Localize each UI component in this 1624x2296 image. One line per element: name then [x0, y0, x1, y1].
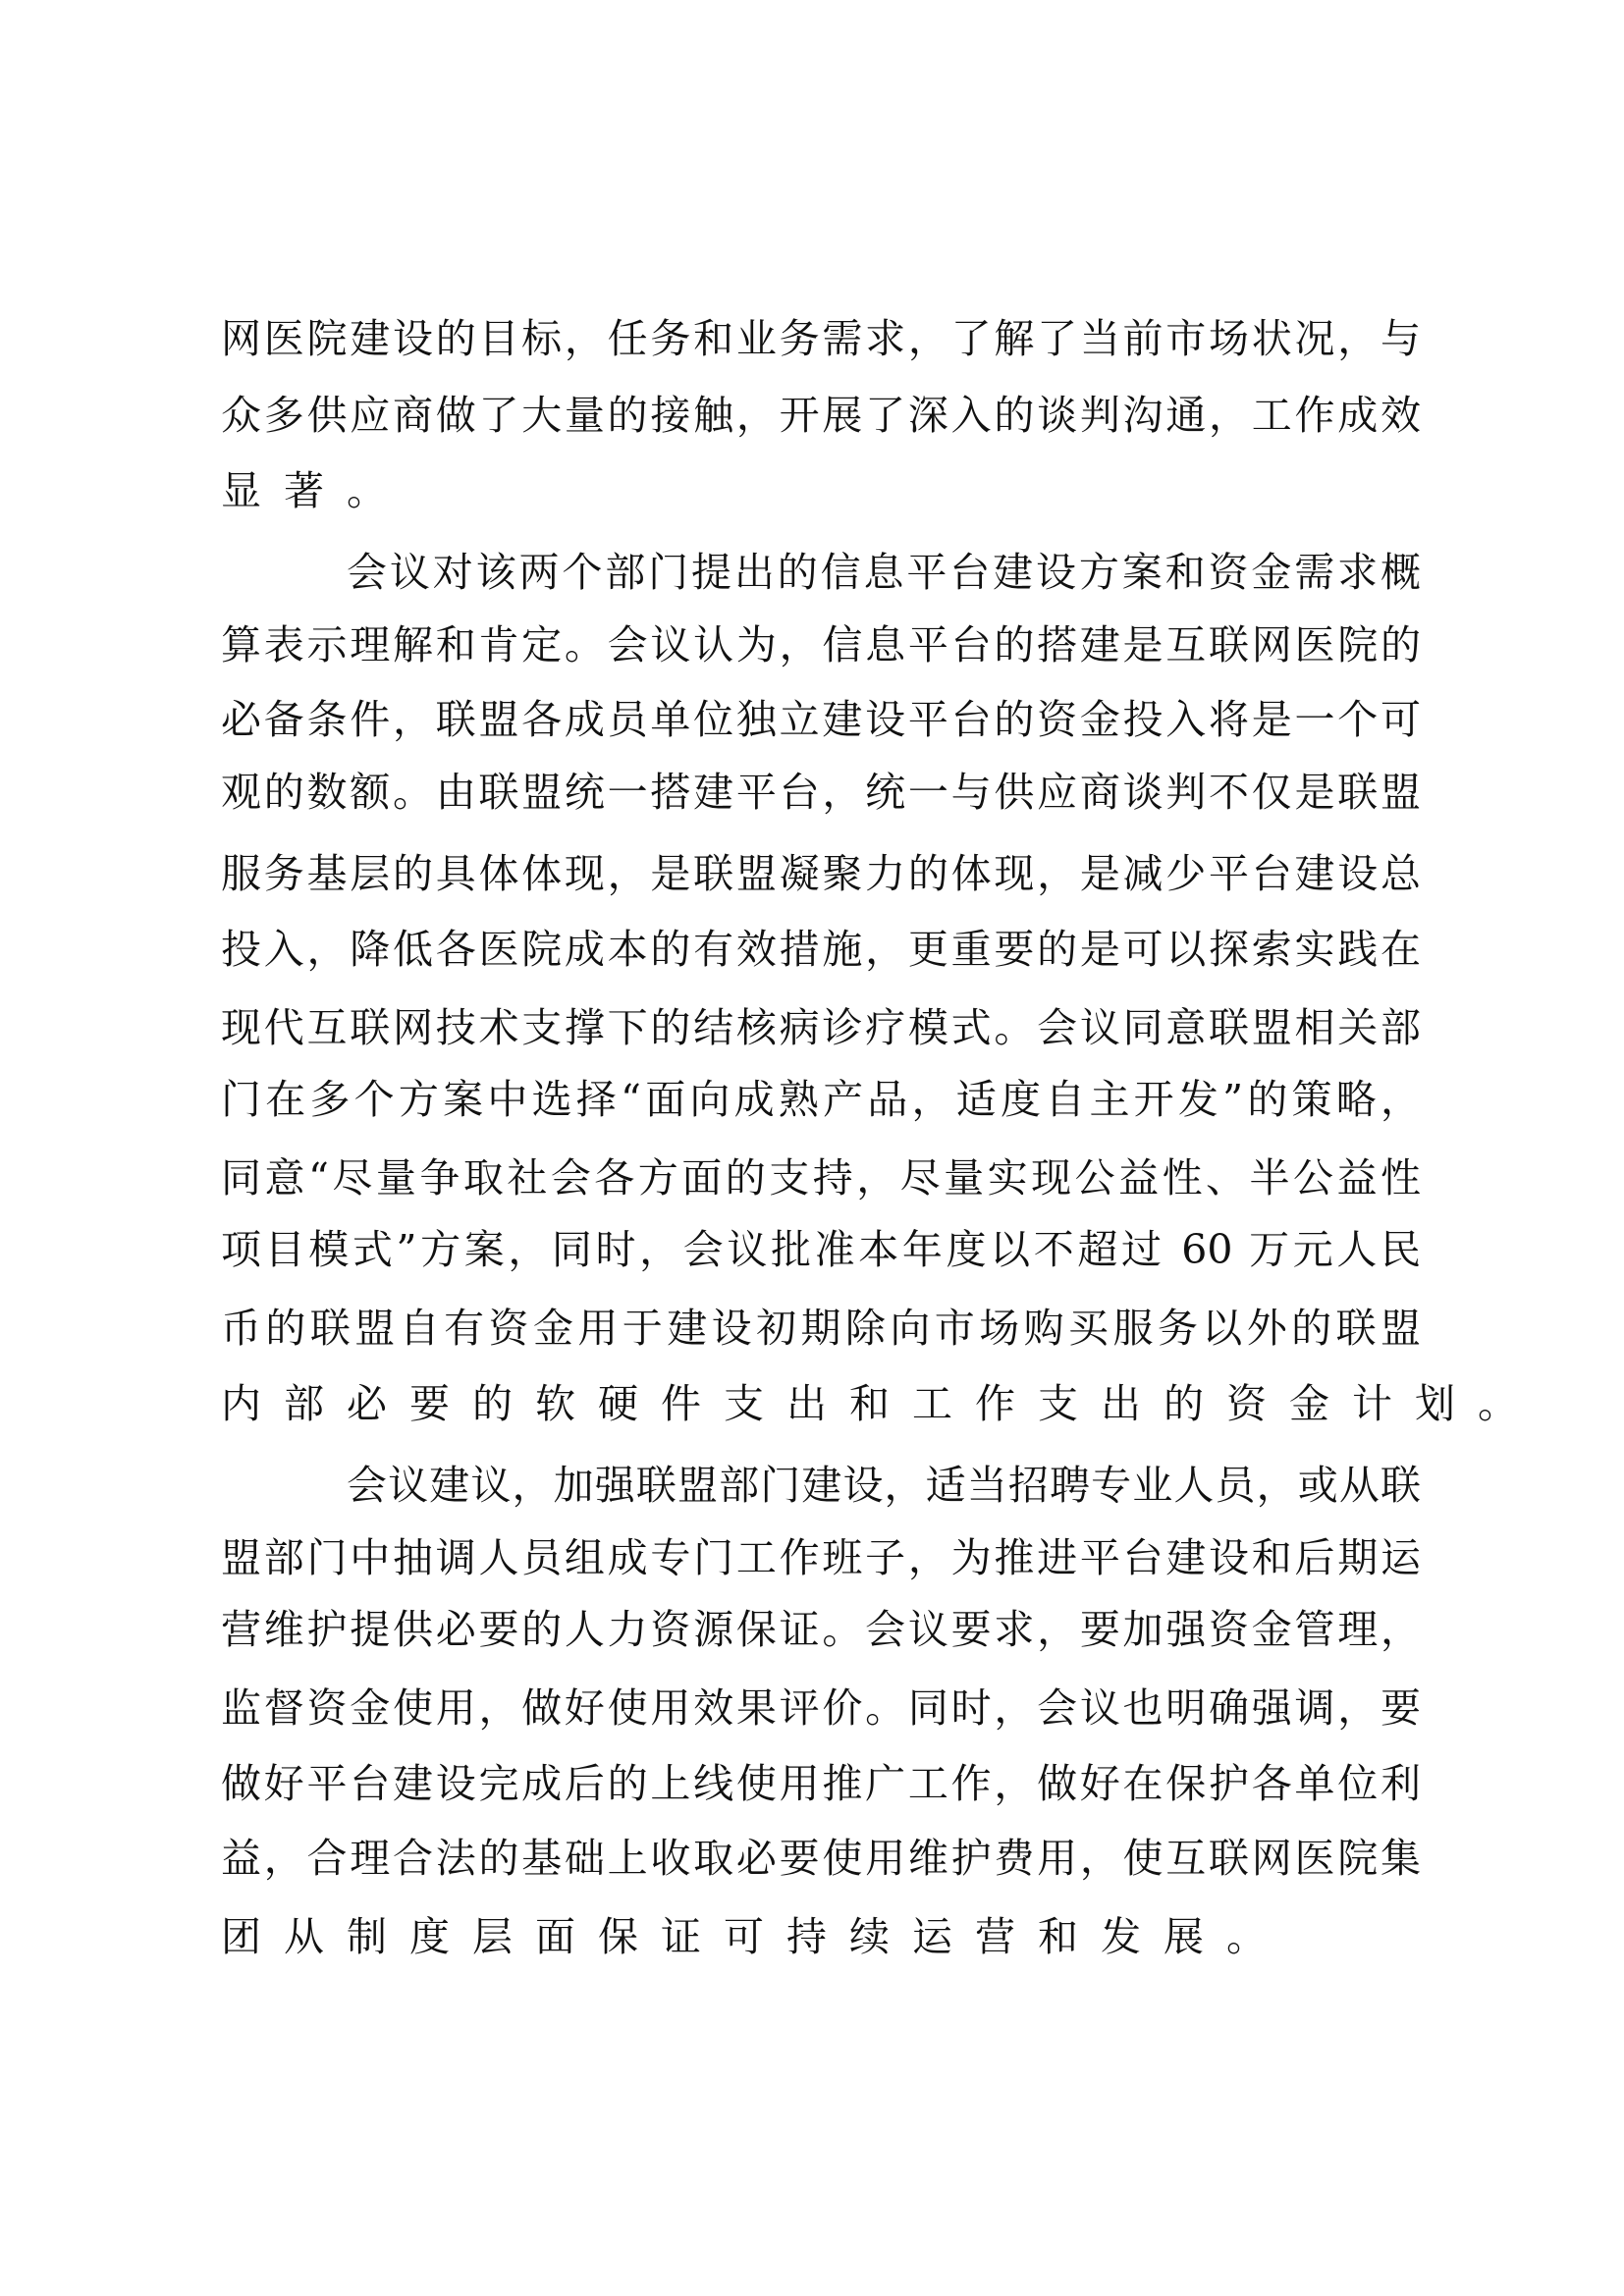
text-line: 项目模式”方案，同时，会议批准本年度以不超过 60 万元人民 — [221, 1220, 1421, 1279]
text-line: 监督资金使用，做好使用效果评价。同时，会议也明确强调，要 — [221, 1679, 1421, 1737]
text-line: 观的数额。由联盟统一搭建平台，统一与供应商谈判不仅是联盟 — [221, 763, 1421, 822]
text-line: 门在多个方案中选择“面向成熟产品，适度自主开发”的策略， — [221, 1070, 1421, 1129]
text-line: 网医院建设的目标，任务和业务需求，了解了当前市场状况，与 — [221, 309, 1421, 368]
text-line: 众多供应商做了大量的接触，开展了深入的谈判沟通，工作成效 — [221, 386, 1421, 445]
text-line: 营维护提供必要的人力资源保证。会议要求，要加强资金管理， — [221, 1600, 1421, 1659]
document-page: 网医院建设的目标，任务和业务需求，了解了当前市场状况，与 众多供应商做了大量的接… — [0, 0, 1624, 2296]
text-line: 算表示理解和肯定。会议认为，信息平台的搭建是互联网医院的 — [221, 615, 1421, 674]
text-line: 会议对该两个部门提出的信息平台建设方案和资金需求概 — [347, 543, 1421, 602]
text-line: 显著。 — [221, 461, 1421, 520]
text-line: 投入，降低各医院成本的有效措施，更重要的是可以探索实践在 — [221, 920, 1421, 979]
text-line: 益，合理合法的基础上收取必要使用维护费用，使互联网医院集 — [221, 1829, 1421, 1888]
text-line: 同意“尽量争取社会各方面的支持，尽量实现公益性、半公益性 — [221, 1148, 1421, 1207]
text-line: 会议建议，加强联盟部门建设，适当招聘专业人员，或从联 — [347, 1456, 1421, 1515]
text-line: 必备条件，联盟各成员单位独立建设平台的资金投入将是一个可 — [221, 690, 1421, 749]
text-line: 内部必要的软硬件支出和工作支出的资金计划。 — [221, 1374, 1421, 1433]
text-line: 做好平台建设完成后的上线使用推广工作，做好在保护各单位利 — [221, 1754, 1421, 1813]
text-line: 团从制度层面保证可持续运营和发展。 — [221, 1907, 1421, 1966]
text-line: 服务基层的具体体现，是联盟凝聚力的体现，是减少平台建设总 — [221, 844, 1421, 903]
text-line: 现代互联网技术支撑下的结核病诊疗模式。会议同意联盟相关部 — [221, 998, 1421, 1057]
text-line: 盟部门中抽调人员组成专门工作班子，为推进平台建设和后期运 — [221, 1528, 1421, 1587]
text-line: 币的联盟自有资金用于建设初期除向市场购买服务以外的联盟 — [221, 1299, 1421, 1358]
